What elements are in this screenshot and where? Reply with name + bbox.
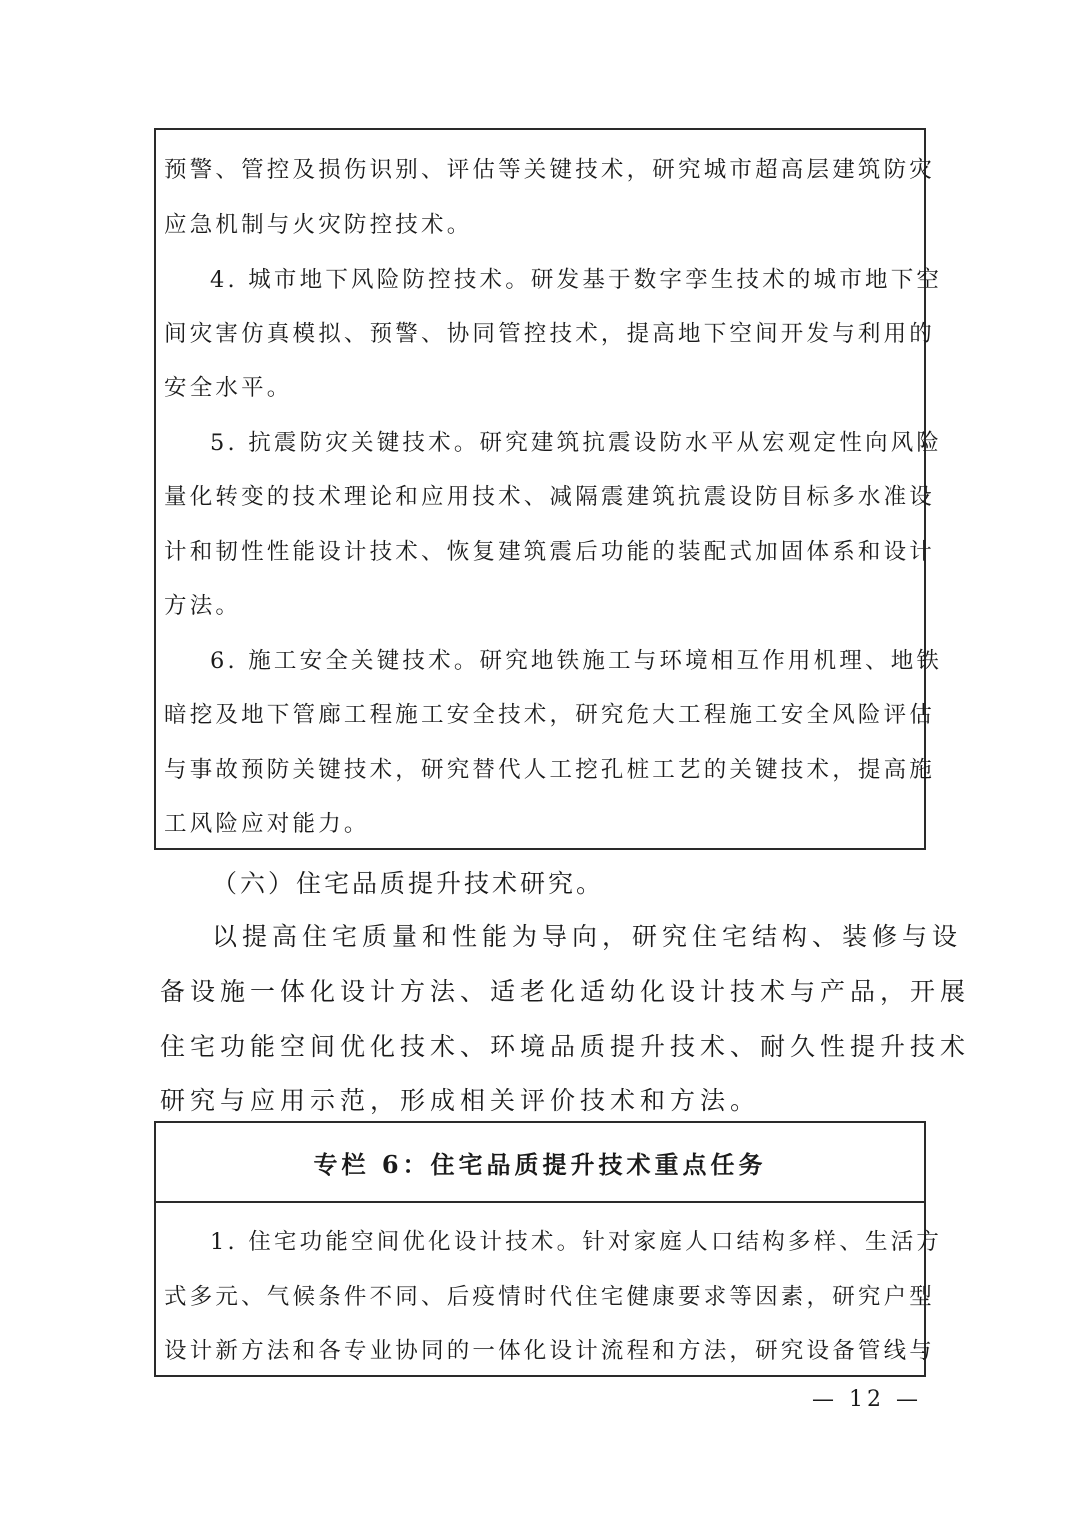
box-text-line: 安全水平。: [164, 373, 918, 403]
paragraph-line: 备设施一体化设计方法、适老化适幼化设计技术与产品，开展: [160, 976, 970, 1008]
box-item-5-heading-line: 5. 抗震防灾关键技术。研究建筑抗震设防水平从宏观定性向风险: [164, 428, 918, 458]
page-number: — 12 —: [812, 1387, 922, 1412]
box-text-line: 间灾害仿真模拟、预警、协同管控技术，提高地下空间开发与利用的: [164, 319, 918, 349]
paragraph-line: 住宅功能空间优化技术、环境品质提升技术、耐久性提升技术: [160, 1031, 970, 1063]
paragraph-line: 研究与应用示范，形成相关评价技术和方法。: [160, 1085, 760, 1117]
box-item-6-heading-line: 6. 施工安全关键技术。研究地铁施工与环境相互作用机理、地铁: [164, 646, 918, 676]
box-text-line: 式多元、气候条件不同、后疫情时代住宅健康要求等因素，研究户型: [164, 1282, 918, 1312]
box-text-line: 计和韧性性能设计技术、恢复建筑震后功能的装配式加固体系和设计: [164, 537, 918, 567]
paragraph-line: 以提高住宅质量和性能为导向，研究住宅结构、装修与设: [212, 921, 962, 953]
box-text-line: 设计新方法和各专业协同的一体化设计流程和方法，研究设备管线与: [164, 1336, 918, 1366]
box-text-line: 方法。: [164, 591, 918, 621]
box-text-line: 暗挖及地下管廊工程施工安全技术，研究危大工程施工安全风险评估: [164, 700, 918, 730]
box-item-4-heading-line: 4. 城市地下风险防控技术。研发基于数字孪生技术的城市地下空: [164, 265, 918, 295]
box-item-1-heading-line: 1. 住宅功能空间优化设计技术。针对家庭人口结构多样、生活方: [164, 1227, 918, 1257]
box-text-line: 量化转变的技术理论和应用技术、减隔震建筑抗震设防目标多水准设: [164, 482, 918, 512]
box-text-line: 预警、管控及损伤识别、评估等关键技术，研究城市超高层建筑防灾: [164, 155, 918, 185]
section-heading: （六）住宅品质提升技术研究。: [212, 868, 604, 900]
box-text-line: 应急机制与火灾防控技术。: [164, 210, 918, 240]
box-text-line: 工风险应对能力。: [164, 809, 918, 839]
box-title: 专栏 6：住宅品质提升技术重点任务: [156, 1123, 924, 1203]
special-column-box-continued: 预警、管控及损伤识别、评估等关键技术，研究城市超高层建筑防灾 应急机制与火灾防控…: [154, 128, 926, 850]
special-column-6-box: 专栏 6：住宅品质提升技术重点任务 1. 住宅功能空间优化设计技术。针对家庭人口…: [154, 1121, 926, 1377]
box-text-line: 与事故预防关键技术，研究替代人工挖孔桩工艺的关键技术，提高施: [164, 755, 918, 785]
